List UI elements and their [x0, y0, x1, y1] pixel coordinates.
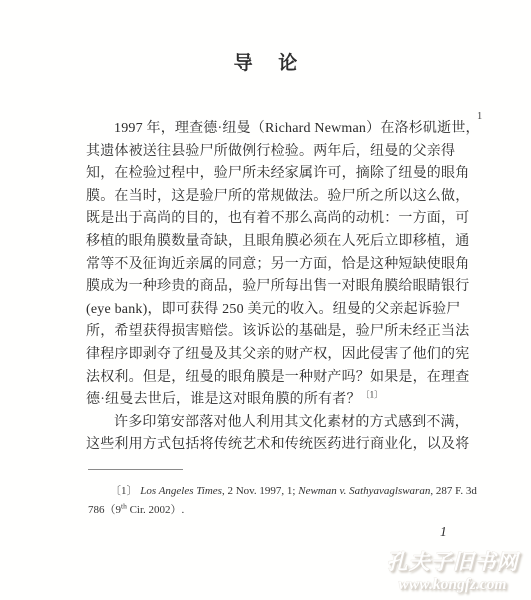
body-line: 德·纽曼去世后，谁是这对眼角膜的所有者？〔1〕: [86, 389, 443, 412]
body-line: 这些利用方式包括将传统艺术和传统医药进行商业化，以及将: [86, 434, 443, 457]
footnote-citation-title: Los Angeles Times: [140, 485, 222, 497]
body-line: 膜。在当时，这是验尸所的常规做法。验尸所之所以这么做，: [86, 186, 443, 209]
book-page: 导 论 1 1997 年，理查德·纽曼（Richard Newman）在洛杉矶逝…: [0, 0, 531, 600]
body-line-text: 德·纽曼去世后，谁是这对眼角膜的所有者？: [86, 392, 361, 407]
body-line: (eye bank)，即可获得 250 美元的收入。纽曼的父亲起诉验尸: [86, 299, 443, 322]
footnote-case-name: Newman v. Sathyavaglswaran: [298, 485, 430, 497]
footnote-line: 786（9th Cir. 2002）.: [88, 501, 444, 520]
body-line: 所，希望获得损害赔偿。该诉讼的基础是，验尸所未经正当法: [86, 321, 443, 344]
body-line: 其遗体被送往县验尸所做例行检验。两年后，纽曼的父亲得: [86, 141, 443, 164]
body-text: 1997 年，理查德·纽曼（Richard Newman）在洛杉矶逝世， 其遗体…: [86, 118, 443, 457]
footnote-marker: 〔1〕: [110, 485, 140, 497]
bookseller-watermark: 孔夫子旧书网 www.kongfz.com: [380, 546, 525, 594]
body-line: 既是出于高尚的目的，也有着不那么高尚的动机：一方面，可: [86, 208, 443, 231]
page-number: 1: [440, 524, 447, 540]
chapter-title: 导 论: [0, 48, 531, 75]
watermark-site-name: 孔夫子旧书网: [380, 546, 525, 576]
watermark-site-url: www.kongfz.com: [380, 576, 525, 594]
footnote-separator: [88, 469, 183, 470]
body-line: 知，在检验过程中，验尸所未经家属许可，摘除了纽曼的眼角: [86, 163, 443, 186]
footnote: 〔1〕 Los Angeles Times, 2 Nov. 1997, 1; N…: [88, 482, 444, 519]
footnote-reference-marker: 〔1〕: [361, 389, 384, 399]
footnote-line: 〔1〕 Los Angeles Times, 2 Nov. 1997, 1; N…: [88, 482, 444, 501]
body-line: 律程序即剥夺了纽曼及其父亲的财产权，因此侵害了他们的宪: [86, 344, 443, 367]
body-line: 移植的眼角膜数量奇缺，且眼角膜必须在人死后立即移植，通: [86, 231, 443, 254]
body-line: 许多印第安部落对他人利用其文化素材的方式感到不满，: [86, 412, 443, 435]
body-line: 常等不及征询近亲属的同意；另一方面，恰是这种短缺使眼角: [86, 254, 443, 277]
body-line: 膜成为一种珍贵的商品，验尸所每出售一对眼角膜给眼睛银行: [86, 276, 443, 299]
body-line: 法权利。但是，纽曼的眼角膜是一种财产吗？如果是，在理查: [86, 367, 443, 390]
body-line: 1997 年，理查德·纽曼（Richard Newman）在洛杉矶逝世，: [86, 118, 443, 141]
